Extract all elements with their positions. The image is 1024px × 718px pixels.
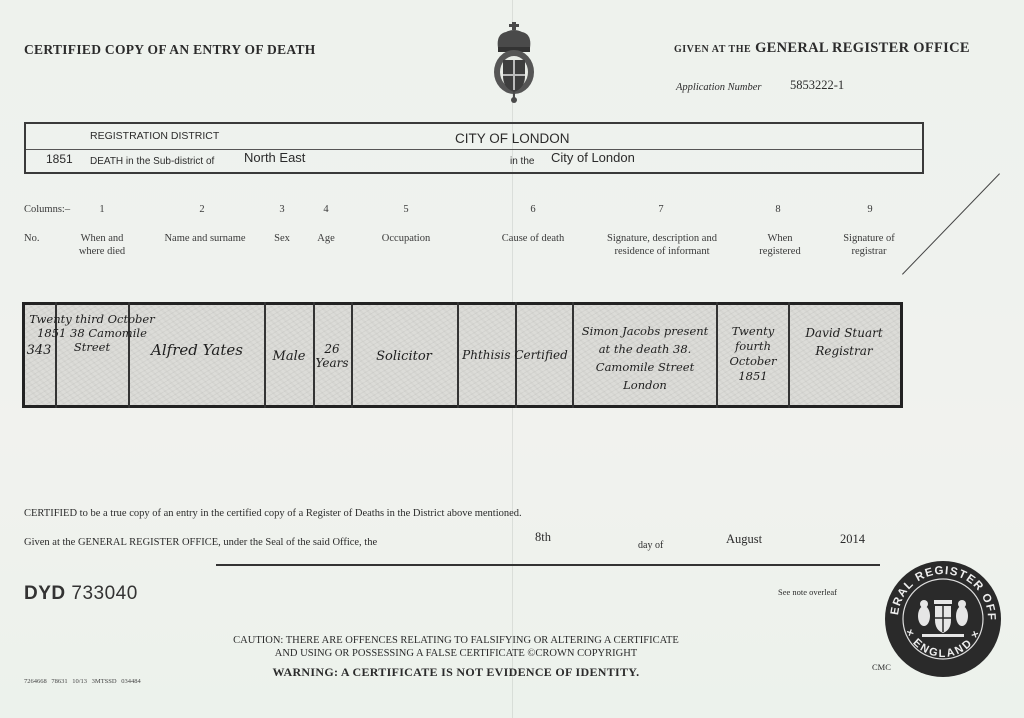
- sub-district-label: DEATH in the Sub-district of: [90, 156, 214, 167]
- column-number-2: 2: [190, 204, 214, 215]
- column-number-4: 4: [314, 204, 338, 215]
- column-header-no: No.: [24, 232, 39, 245]
- column-header-registrar: Signature of registrar: [836, 232, 902, 258]
- column-number-3: 3: [270, 204, 294, 215]
- serial-prefix: DYD: [24, 583, 66, 604]
- entry-name: Alfred Yates: [134, 340, 260, 360]
- initials: CMC: [872, 662, 891, 672]
- column-number-8: 8: [766, 204, 790, 215]
- issuing-office-title: GIVEN AT THE GENERAL REGISTER OFFICE: [674, 40, 970, 57]
- registration-district-label: REGISTRATION DISTRICT: [90, 130, 219, 142]
- column-divider: [351, 302, 353, 408]
- in-the-label: in the: [510, 156, 534, 167]
- column-header-when-registered: When registered: [752, 232, 808, 258]
- identity-warning: WARNING: A CERTIFICATE IS NOT EVIDENCE O…: [206, 665, 706, 680]
- columns-label: Columns:–: [24, 204, 70, 215]
- entry-cause-of-death: Phthisis Certified: [460, 346, 570, 364]
- registration-district-name: CITY OF LONDON: [455, 131, 570, 146]
- column-header-informant: Signature, description and residence of …: [596, 232, 728, 258]
- void-diagonal-line: [902, 173, 1000, 274]
- column-header-sex: Sex: [264, 232, 300, 245]
- column-number-6: 6: [521, 204, 545, 215]
- office-name: GENERAL REGISTER OFFICE: [755, 40, 970, 56]
- certification-statement: CERTIFIED to be a true copy of an entry …: [24, 508, 522, 519]
- caution-line-1: CAUTION: THERE ARE OFFENCES RELATING TO …: [206, 634, 706, 647]
- entry-sex: Male: [266, 350, 312, 364]
- certificate-serial: DYD 733040: [24, 583, 138, 605]
- column-divider: [572, 302, 574, 408]
- application-number-label: Application Number: [676, 82, 761, 93]
- column-header-occupation: Occupation: [366, 232, 446, 245]
- document-title: CERTIFIED COPY OF AN ENTRY OF DEATH: [24, 42, 316, 58]
- caution-notice: CAUTION: THERE ARE OFFENCES RELATING TO …: [206, 634, 706, 660]
- print-code: 7264668 78631 10/13 3MTSSD 034484: [24, 678, 141, 685]
- see-note-overleaf: See note overleaf: [778, 587, 837, 597]
- certification-year: 2014: [840, 532, 865, 547]
- column-number-7: 7: [649, 204, 673, 215]
- column-number-5: 5: [394, 204, 418, 215]
- certification-day: 8th: [535, 530, 551, 545]
- entry-border-right: [900, 302, 903, 408]
- registration-year: 1851: [46, 152, 73, 166]
- serial-number: 733040: [71, 583, 137, 604]
- column-header-name: Name and surname: [150, 232, 260, 245]
- column-divider: [788, 302, 790, 408]
- column-divider: [457, 302, 459, 408]
- entry-informant: Simon Jacobs present at the death 38. Ca…: [576, 322, 714, 394]
- day-of-label: day of: [638, 540, 663, 551]
- column-number-1: 1: [90, 204, 114, 215]
- caution-line-2: AND USING OR POSSESSING A FALSE CERTIFIC…: [206, 647, 706, 660]
- column-number-9: 9: [858, 204, 882, 215]
- signature-rule: [216, 564, 880, 566]
- county-name: City of London: [551, 150, 635, 165]
- entry-when-registered: Twenty fourth October 1851: [720, 324, 786, 384]
- application-number: 5853222-1: [790, 78, 844, 93]
- entry-age: 26 Years: [315, 342, 349, 370]
- royal-crest-icon: [488, 20, 540, 106]
- gro-seal-icon: GENERAL REGISTER OFFICE × ENGLAND ×: [884, 560, 1002, 678]
- column-header-age: Age: [308, 232, 344, 245]
- sub-district-name: North East: [244, 150, 305, 165]
- given-at-statement: Given at the GENERAL REGISTER OFFICE, un…: [24, 537, 377, 548]
- given-at-prefix: GIVEN AT THE: [674, 44, 751, 55]
- column-header-cause-of-death: Cause of death: [490, 232, 576, 245]
- entry-occupation: Solicitor: [355, 350, 453, 364]
- column-header-when-where-died: When and where died: [70, 232, 134, 258]
- entry-registrar-signature: David Stuart Registrar: [792, 324, 896, 360]
- column-divider: [716, 302, 718, 408]
- certification-month: August: [726, 532, 762, 547]
